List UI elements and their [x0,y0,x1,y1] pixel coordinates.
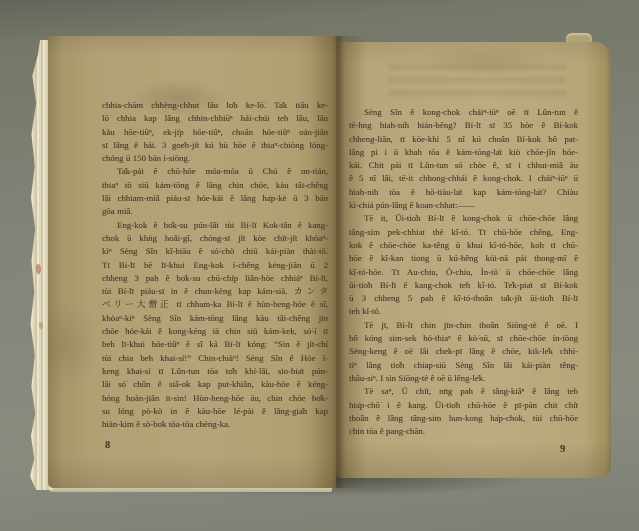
right-page-text: Sèng Sîn ê kong-chok cháiⁿ-iūⁿ oē tī Lûn… [349,106,578,438]
text-line: lâng pí i ū khah tōa ê kám-tōng-la̍t kiò… [349,146,578,159]
text-line: tē-hng hiah-nih hián-bêng? Bí-lī sī 35 h… [349,119,578,132]
page-number-left: 8 [105,440,110,451]
paper-stain-speck [39,322,43,329]
text-line: chok ū khǹg hoâi-gî, chóng-sī ji̍t kòe c… [102,232,328,245]
text-line: lō͘ chhia kap lâng chhin-chhiūⁿ hái-chúi… [102,112,328,125]
text-line: tâng-sim pek-chhiat thè kî-tó. Tī chū-hō… [349,226,578,239]
text-line: teh kî-tó. [349,305,578,318]
text-line: ū 3 chheng 5 pah ê kî-tó-thoân ta̍k-ji̍t… [349,292,578,305]
text-line: hia̍p-chō͘ i ê kang. Ūi-tio̍h chū-hōe ê … [349,399,578,412]
text-line: thiaⁿ tō siū kám-tōng ê lâng chin chōe, … [102,179,328,192]
text-line: chóng ū 150 bān í-siōng. [102,152,328,165]
text-line: lâi chhiam-miâ piáu-sī hóe-kái ê lâng ha… [102,192,328,205]
text-line: Tē jī, Bí-lī chin jīn-chin thoân Siōng-t… [349,319,578,332]
text-line: Sèng Sîn ê kong-chok cháiⁿ-iūⁿ oē tī Lûn… [349,106,578,119]
text-line: tùi chia beh khai-sí!” Chin-chiàⁿ! Sèng … [102,352,328,365]
text-line: su lóng pò-kò in ê kàu-hōe lé-pài ê lâng… [102,405,328,418]
page-number-right: 9 [560,444,565,455]
text-line: chheng 3 pah ê bo̍k-su chū-chi̍p liân-hō… [102,272,328,285]
text-line: chin tōa ê pang-chān. [349,425,578,438]
text-line: kî-tó-hōe. Tī Au-chiu, Ò-chiu, Ìn-tō͘ ū … [349,266,578,279]
text-line: Eng-kok ê bo̍k-su pún-lâi tùi Bí-lī Kok-… [102,219,328,232]
text-line: Sèng-keng ê oē lâi chek-pī lâng ê chōe, … [349,345,578,358]
text-line: beh lī-khui hōe-tiûⁿ ê sî kā Bí-lī kóng:… [102,338,328,351]
text-line: chheng-liân, tī kòe-khì 5 nî kú choân Bí… [349,133,578,146]
text-line: lâi só͘ chûn ê siâ-ok kap put-khiân, kàu… [102,378,328,391]
text-line: chhia-chām chhèng-chhut lâu lo̍h ke-lō͘.… [102,99,328,112]
text-line: tìⁿ lâng tio̍h chiap-siū Sèng Sîn lâi ká… [349,359,578,372]
text-line: kàu hōe-tiûⁿ, ek-ji̍p hōe-tiûⁿ, choân hō… [102,126,328,139]
text-line: hiàn-kim ê sò͘-bo̍k tōa-tōa chēng-ka. [102,418,328,431]
text-line: kok ê chōe-chōe ka-têng ū khui kî-tó-hōe… [349,239,578,252]
text-line: thoân ê lâng tâng-sim hun-kong ha̍p-chok… [349,412,578,425]
paper-stain-speck [36,264,41,274]
text-line: kái. Chit pái tī Lûn-tun só͘ chòe ê, sī … [349,159,578,172]
text-line: Tē it, Ūi-tio̍h Bí-lī ê kong-chok ū chōe… [349,212,578,225]
text-line: kìⁿ Sèng Sîn kî-biāu ê só͘-chò chiū kái-… [102,245,328,258]
text-line: hiah-nih tōa ê hō-tiàu-la̍t kap kám-tōng… [349,186,578,199]
show-through-text [388,64,566,96]
text-line: hōe ê kî-kan tiong ū kú-hêng kúi-nā pái … [349,252,578,265]
text-line: ūi-tio̍h Bí-lī ê kang-chok teh kî-tó. Te… [349,279,578,292]
text-line: kì-chiá pún-lâng ê koan-chhat:—— [349,199,578,212]
text-line: gōa miâ. [102,205,328,218]
text-line: ベリー大僧正 tī chham-ka Bí-lī ê hùn-heng-hōe … [102,298,328,311]
left-page-text: chhia-chām chhèng-chhut lâu lo̍h ke-lō͘.… [102,99,328,431]
text-line: bô kóng sim-sek hó-thiaⁿ ê kò͘-sū, sī ch… [349,332,578,345]
text-line: Tē saⁿ, Ū chi̍t, nn̄g pah ê tâng-kiâⁿ ê … [349,385,578,398]
text-line: ê 5 nî lâi, tē-it chhong-chhái ê kong-ch… [349,172,578,185]
text-line: sī lâng ê hái. 3 goe̍h-ji̍t kú hù hōe ê … [102,139,328,152]
text-line: tùi Bí-lī piáu-sī in ê chun-kèng kap kám… [102,285,328,298]
text-line: keng khai-sí tī Lûn-tun tōa to̍h khí-lâi… [102,365,328,378]
book-photo: chhia-chām chhèng-chhut lâu lo̍h ke-lō͘.… [0,0,639,531]
text-line: Tī Bí-lī bē lī-khui Eng-kok í-chêng kéng… [102,259,328,272]
text-line: khòaⁿ-kìⁿ Sèng Sîn kám-tōng lâng kàu tâi… [102,312,328,325]
text-line: chōe hóe-kái ê kong-kéng iā chin siū kám… [102,325,328,338]
text-line: thâu-siⁿ. I sìn Siōng-tè ê oē ū lêng-le̍… [349,372,578,385]
text-line: Ta̍k-pái ê chū-hōe móa-móa ū Chú ê un-ti… [102,165,328,178]
text-line: hóng hoàn-jiân it-sin! Hùn-heng-hōe āu, … [102,392,328,405]
